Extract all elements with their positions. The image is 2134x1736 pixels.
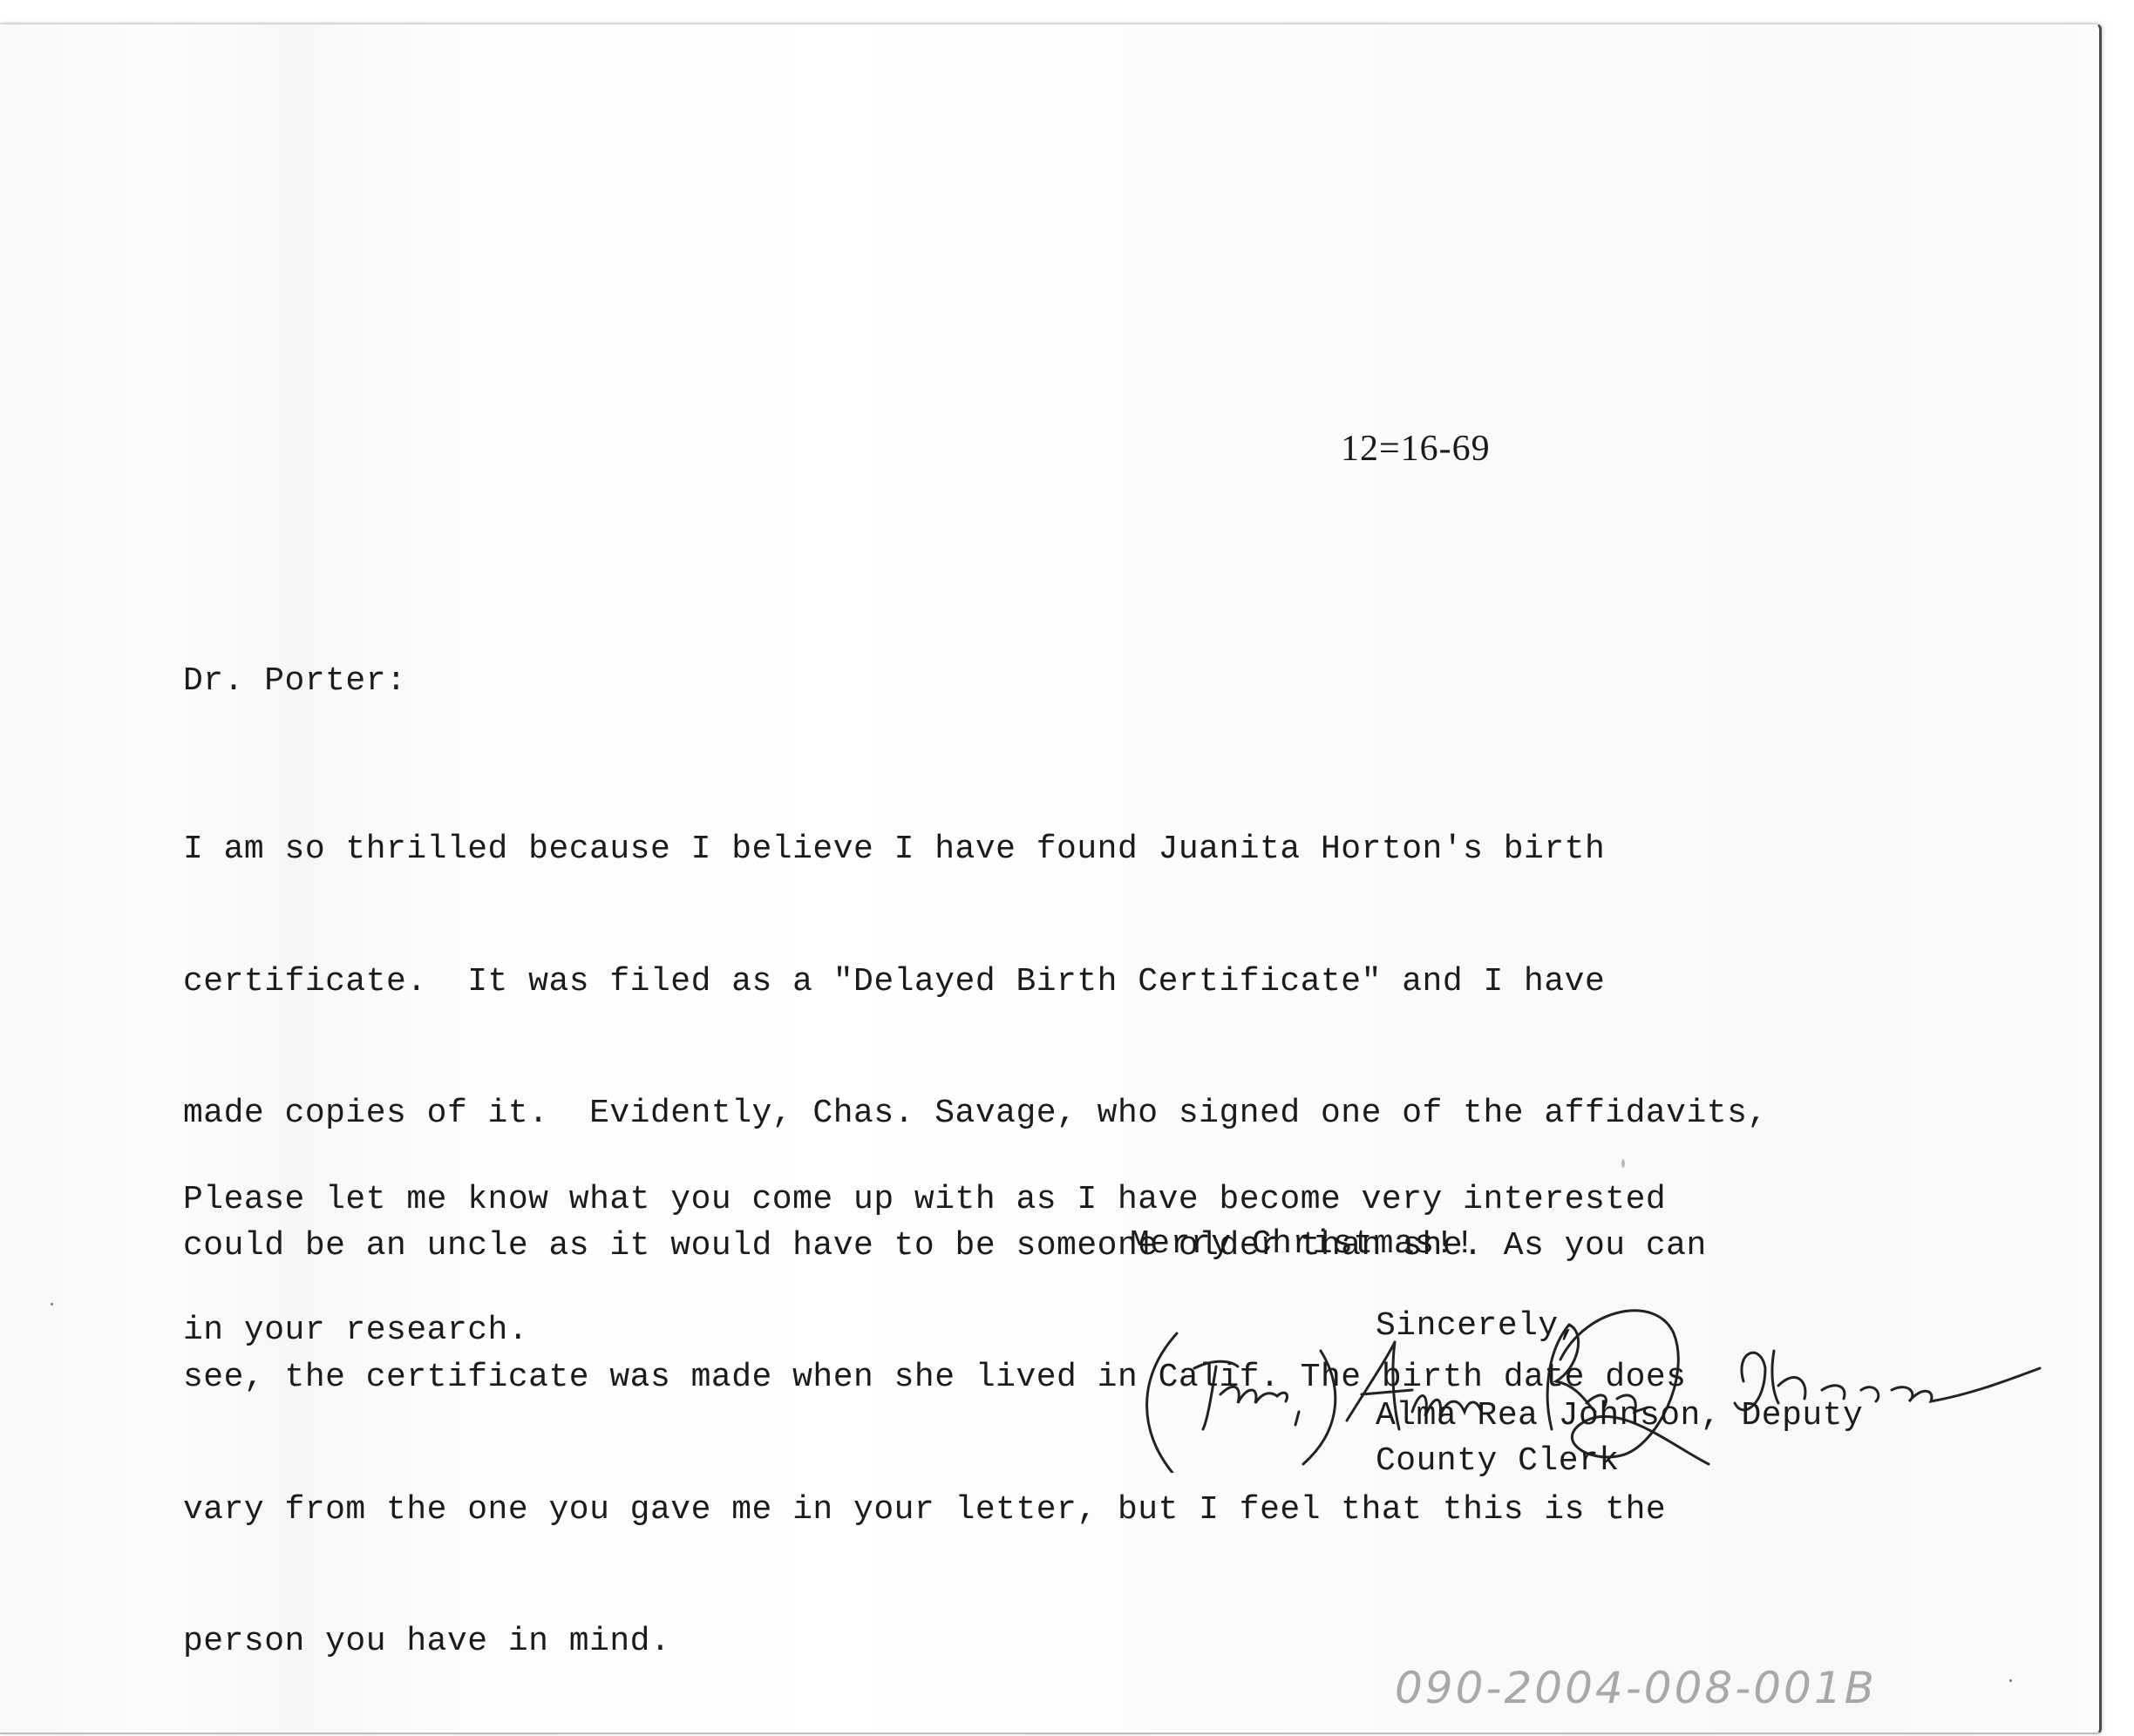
signer-title: County Clerk <box>1376 1440 1620 1483</box>
closing-line: Please let me know what you come up with… <box>183 1178 1666 1222</box>
body-line: person you have in mind. <box>183 1620 1768 1665</box>
paper-speck <box>1621 1159 1625 1168</box>
valediction: Sincerely, <box>1376 1305 1579 1348</box>
body-line: I am so thrilled because I believe I hav… <box>183 828 1768 872</box>
body-line: certificate. It was filed as a "Delayed … <box>183 960 1768 1005</box>
letter-date: 12=16-69 <box>1341 427 1491 471</box>
archive-number: 090-2004-008-001B <box>1395 1663 1877 1713</box>
paper-speck <box>2009 1679 2012 1682</box>
body-line: vary from the one you gave me in your le… <box>183 1488 1768 1533</box>
salutation: Dr. Porter: <box>183 660 406 703</box>
holiday-greeting: Merry Christmas!! <box>1130 1223 1475 1266</box>
paper-speck <box>51 1303 53 1305</box>
signer-name: Alma Rea Johnson, Deputy <box>1376 1394 1863 1438</box>
